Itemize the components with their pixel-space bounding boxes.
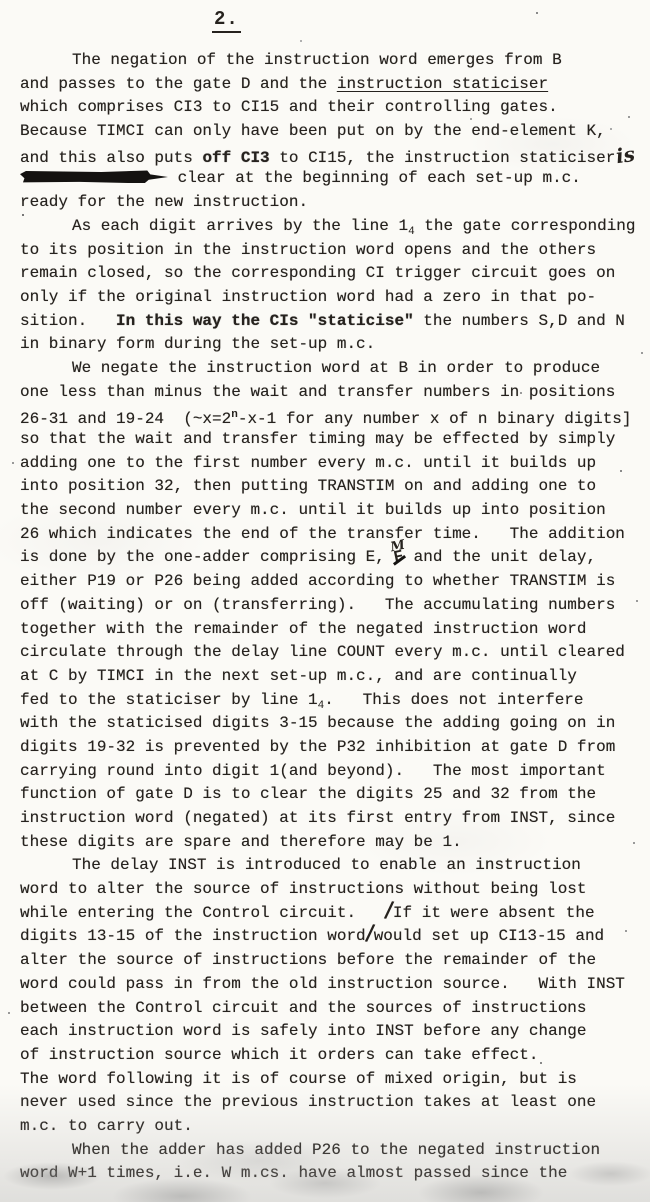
- text-segment: the numbers S,D and N: [414, 312, 625, 330]
- text-line: function of gate D is to clear the digit…: [20, 783, 642, 807]
- text-segment: fed to the staticiser by line 1: [20, 691, 318, 709]
- text-line: adding one to the first number every m.c…: [20, 452, 642, 476]
- text-segment: is done by the one-adder comprising E,: [20, 548, 394, 566]
- text-segment: ready for the new instruction.: [20, 193, 308, 211]
- text-segment: one less than minus the wait and transfe…: [20, 383, 615, 401]
- text-segment: into position 32, then putting TRANSTIM …: [20, 477, 596, 495]
- handwritten-slash: /: [366, 933, 374, 934]
- text-segment: to its position in the instruction word …: [20, 241, 596, 259]
- text-line: while entering the Control circuit. /If …: [20, 902, 642, 926]
- text-segment: either P19 or P26 being added according …: [20, 572, 615, 590]
- text-line: off (waiting) or on (transferring). The …: [20, 594, 642, 618]
- paper-speckles: [0, 0, 2, 2]
- text-segment: at C by TIMCI in the next set-up m.c., a…: [20, 667, 577, 685]
- document-body: The negation of the instruction word eme…: [20, 49, 642, 1186]
- text-line: never used since the previous instructio…: [20, 1091, 642, 1115]
- text-segment: would set up CI13-15 and: [374, 927, 604, 945]
- text-segment: while entering the Control circuit.: [20, 904, 385, 922]
- text-line: sition. In this way the CIs "staticise" …: [20, 310, 642, 334]
- text-segment: off CI3: [202, 149, 269, 167]
- text-line: The negation of the instruction word eme…: [20, 49, 642, 73]
- text-segment: remain closed, so the corresponding CI t…: [20, 264, 615, 282]
- text-line: word to alter the source of instructions…: [20, 878, 642, 902]
- text-segment: sition.: [20, 312, 116, 330]
- text-segment: which comprises CI3 to CI15 and their co…: [20, 98, 558, 116]
- text-segment: function of gate D is to clear the digit…: [20, 785, 596, 803]
- text-segment: The delay INST is introduced to enable a…: [72, 856, 581, 874]
- text-line: the second number every m.c. until it bu…: [20, 499, 642, 523]
- text-segment: alter the source of instructions before …: [20, 951, 596, 969]
- text-segment: of instruction source which it orders ca…: [20, 1046, 538, 1064]
- text-line: each instruction word is safely into INS…: [20, 1020, 642, 1044]
- text-line: of instruction source which it orders ca…: [20, 1044, 642, 1068]
- redaction-mark: [20, 170, 168, 183]
- text-segment: 26-31 and 19-24 (~x=2: [20, 410, 231, 428]
- text-line: digits 19-32 is prevented by the P32 inh…: [20, 736, 642, 760]
- text-line: carrying round into digit 1(and beyond).…: [20, 760, 642, 784]
- text-line: instruction word (negated) at its first …: [20, 807, 642, 831]
- text-segment: digits 13-15 of the instruction word: [20, 927, 366, 945]
- text-line: clear at the beginning of each set-up m.…: [20, 167, 642, 191]
- text-segment: each instruction word is safely into INS…: [20, 1022, 587, 1040]
- text-line: When the adder has added P26 to the nega…: [20, 1139, 642, 1163]
- text-line: these digits are spare and therefore may…: [20, 831, 642, 855]
- text-line: Because TIMCI can only have been put on …: [20, 120, 642, 144]
- text-segment: When the adder has added P26 to the nega…: [72, 1141, 600, 1159]
- handwritten-annotation: is: [615, 143, 637, 169]
- text-segment: . This does not interfere: [324, 691, 583, 709]
- text-segment: with the staticised digits 3-15 because …: [20, 714, 615, 732]
- handwritten-slash: /: [385, 909, 393, 910]
- text-segment: only if the original instruction word ha…: [20, 288, 596, 306]
- text-line: only if the original instruction word ha…: [20, 286, 642, 310]
- text-segment: n: [231, 409, 238, 421]
- text-segment: the gate corresponding: [415, 217, 636, 235]
- text-line: either P19 or P26 being added according …: [20, 570, 642, 594]
- text-line: is done by the one-adder comprising E, F…: [20, 546, 642, 570]
- text-line: and this also puts off CI3 to CI15, the …: [20, 144, 642, 168]
- text-segment: clear at the beginning of each set-up m.…: [168, 169, 581, 187]
- page-number: 2.: [212, 8, 241, 33]
- text-line: digits 13-15 of the instruction word/wou…: [20, 925, 642, 949]
- text-segment: 4: [408, 226, 415, 238]
- text-segment: The negation of the instruction word eme…: [72, 51, 562, 69]
- text-segment: adding one to the first number every m.c…: [20, 454, 596, 472]
- text-line: word could pass in from the old instruct…: [20, 973, 642, 997]
- text-line: 26-31 and 19-24 (~x=2n-x-1 for any numbe…: [20, 404, 642, 428]
- text-line: together with the remainder of the negat…: [20, 618, 642, 642]
- text-line: which comprises CI3 to CI15 and their co…: [20, 96, 642, 120]
- text-segment: digits 19-32 is prevented by the P32 inh…: [20, 738, 615, 756]
- text-segment: these digits are spare and therefore may…: [20, 833, 462, 851]
- document-page: 2. The negation of the instruction word …: [0, 0, 650, 1202]
- text-line: As each digit arrives by the line 14 the…: [20, 215, 642, 239]
- text-line: The delay INST is introduced to enable a…: [20, 854, 642, 878]
- text-line: fed to the staticiser by line 14. This d…: [20, 689, 642, 713]
- text-segment: word to alter the source of instructions…: [20, 880, 587, 898]
- text-segment: and passes to the gate D and the: [20, 75, 337, 93]
- text-line: in binary form during the set-up m.c.: [20, 333, 642, 357]
- text-segment: together with the remainder of the negat…: [20, 620, 587, 638]
- text-segment: in binary form during the set-up m.c.: [20, 335, 375, 353]
- text-line: so that the wait and transfer timing may…: [20, 428, 642, 452]
- text-line: remain closed, so the corresponding CI t…: [20, 262, 642, 286]
- text-segment: As each digit arrives by the line 1: [72, 217, 408, 235]
- text-segment: and the unit delay,: [404, 548, 596, 566]
- text-segment: 26 which indicates the end of the transf…: [20, 525, 625, 543]
- text-line: alter the source of instructions before …: [20, 949, 642, 973]
- text-segment: word W+1 times, i.e. W m.cs. have almost…: [20, 1164, 567, 1182]
- text-line: into position 32, then putting TRANSTIM …: [20, 475, 642, 499]
- text-segment: In this way the CIs "staticise": [116, 312, 414, 330]
- text-line: The word following it is of course of mi…: [20, 1068, 642, 1092]
- text-segment: -x-1 for any number x of n binary digits…: [238, 410, 632, 428]
- text-segment: carrying round into digit 1(and beyond).…: [20, 762, 606, 780]
- text-line: word W+1 times, i.e. W m.cs. have almost…: [20, 1162, 642, 1186]
- text-line: circulate through the delay line COUNT e…: [20, 641, 642, 665]
- text-line: one less than minus the wait and transfe…: [20, 381, 642, 405]
- text-line: m.c. to carry out.: [20, 1115, 642, 1139]
- text-segment: instruction staticiser: [337, 75, 548, 93]
- text-segment: between the Control circuit and the sour…: [20, 999, 587, 1017]
- text-segment: never used since the previous instructio…: [20, 1093, 596, 1111]
- text-line: to its position in the instruction word …: [20, 239, 642, 263]
- text-line: between the Control circuit and the sour…: [20, 997, 642, 1021]
- text-line: and passes to the gate D and the instruc…: [20, 73, 642, 97]
- text-segment: to CI15, the instruction staticiser: [270, 149, 616, 167]
- text-segment: and this also puts: [20, 149, 202, 167]
- text-segment: circulate through the delay line COUNT e…: [20, 643, 625, 661]
- text-segment: The word following it is of course of mi…: [20, 1070, 577, 1088]
- text-segment: word could pass in from the old instruct…: [20, 975, 625, 993]
- struck-character: FM: [392, 546, 406, 571]
- text-segment: the second number every m.c. until it bu…: [20, 501, 606, 519]
- text-segment: off (waiting) or on (transferring). The …: [20, 596, 615, 614]
- text-segment: Because TIMCI can only have been put on …: [20, 122, 606, 140]
- text-line: with the staticised digits 3-15 because …: [20, 712, 642, 736]
- text-line: We negate the instruction word at B in o…: [20, 357, 642, 381]
- text-segment: We negate the instruction word at B in o…: [72, 359, 600, 377]
- text-segment: If it were absent the: [393, 904, 595, 922]
- text-segment: so that the wait and transfer timing may…: [20, 430, 615, 448]
- text-line: at C by TIMCI in the next set-up m.c., a…: [20, 665, 642, 689]
- text-segment: instruction word (negated) at its first …: [20, 809, 615, 827]
- text-line: ready for the new instruction.: [20, 191, 642, 215]
- text-line: 26 which indicates the end of the transf…: [20, 523, 642, 547]
- text-segment: m.c. to carry out.: [20, 1117, 193, 1135]
